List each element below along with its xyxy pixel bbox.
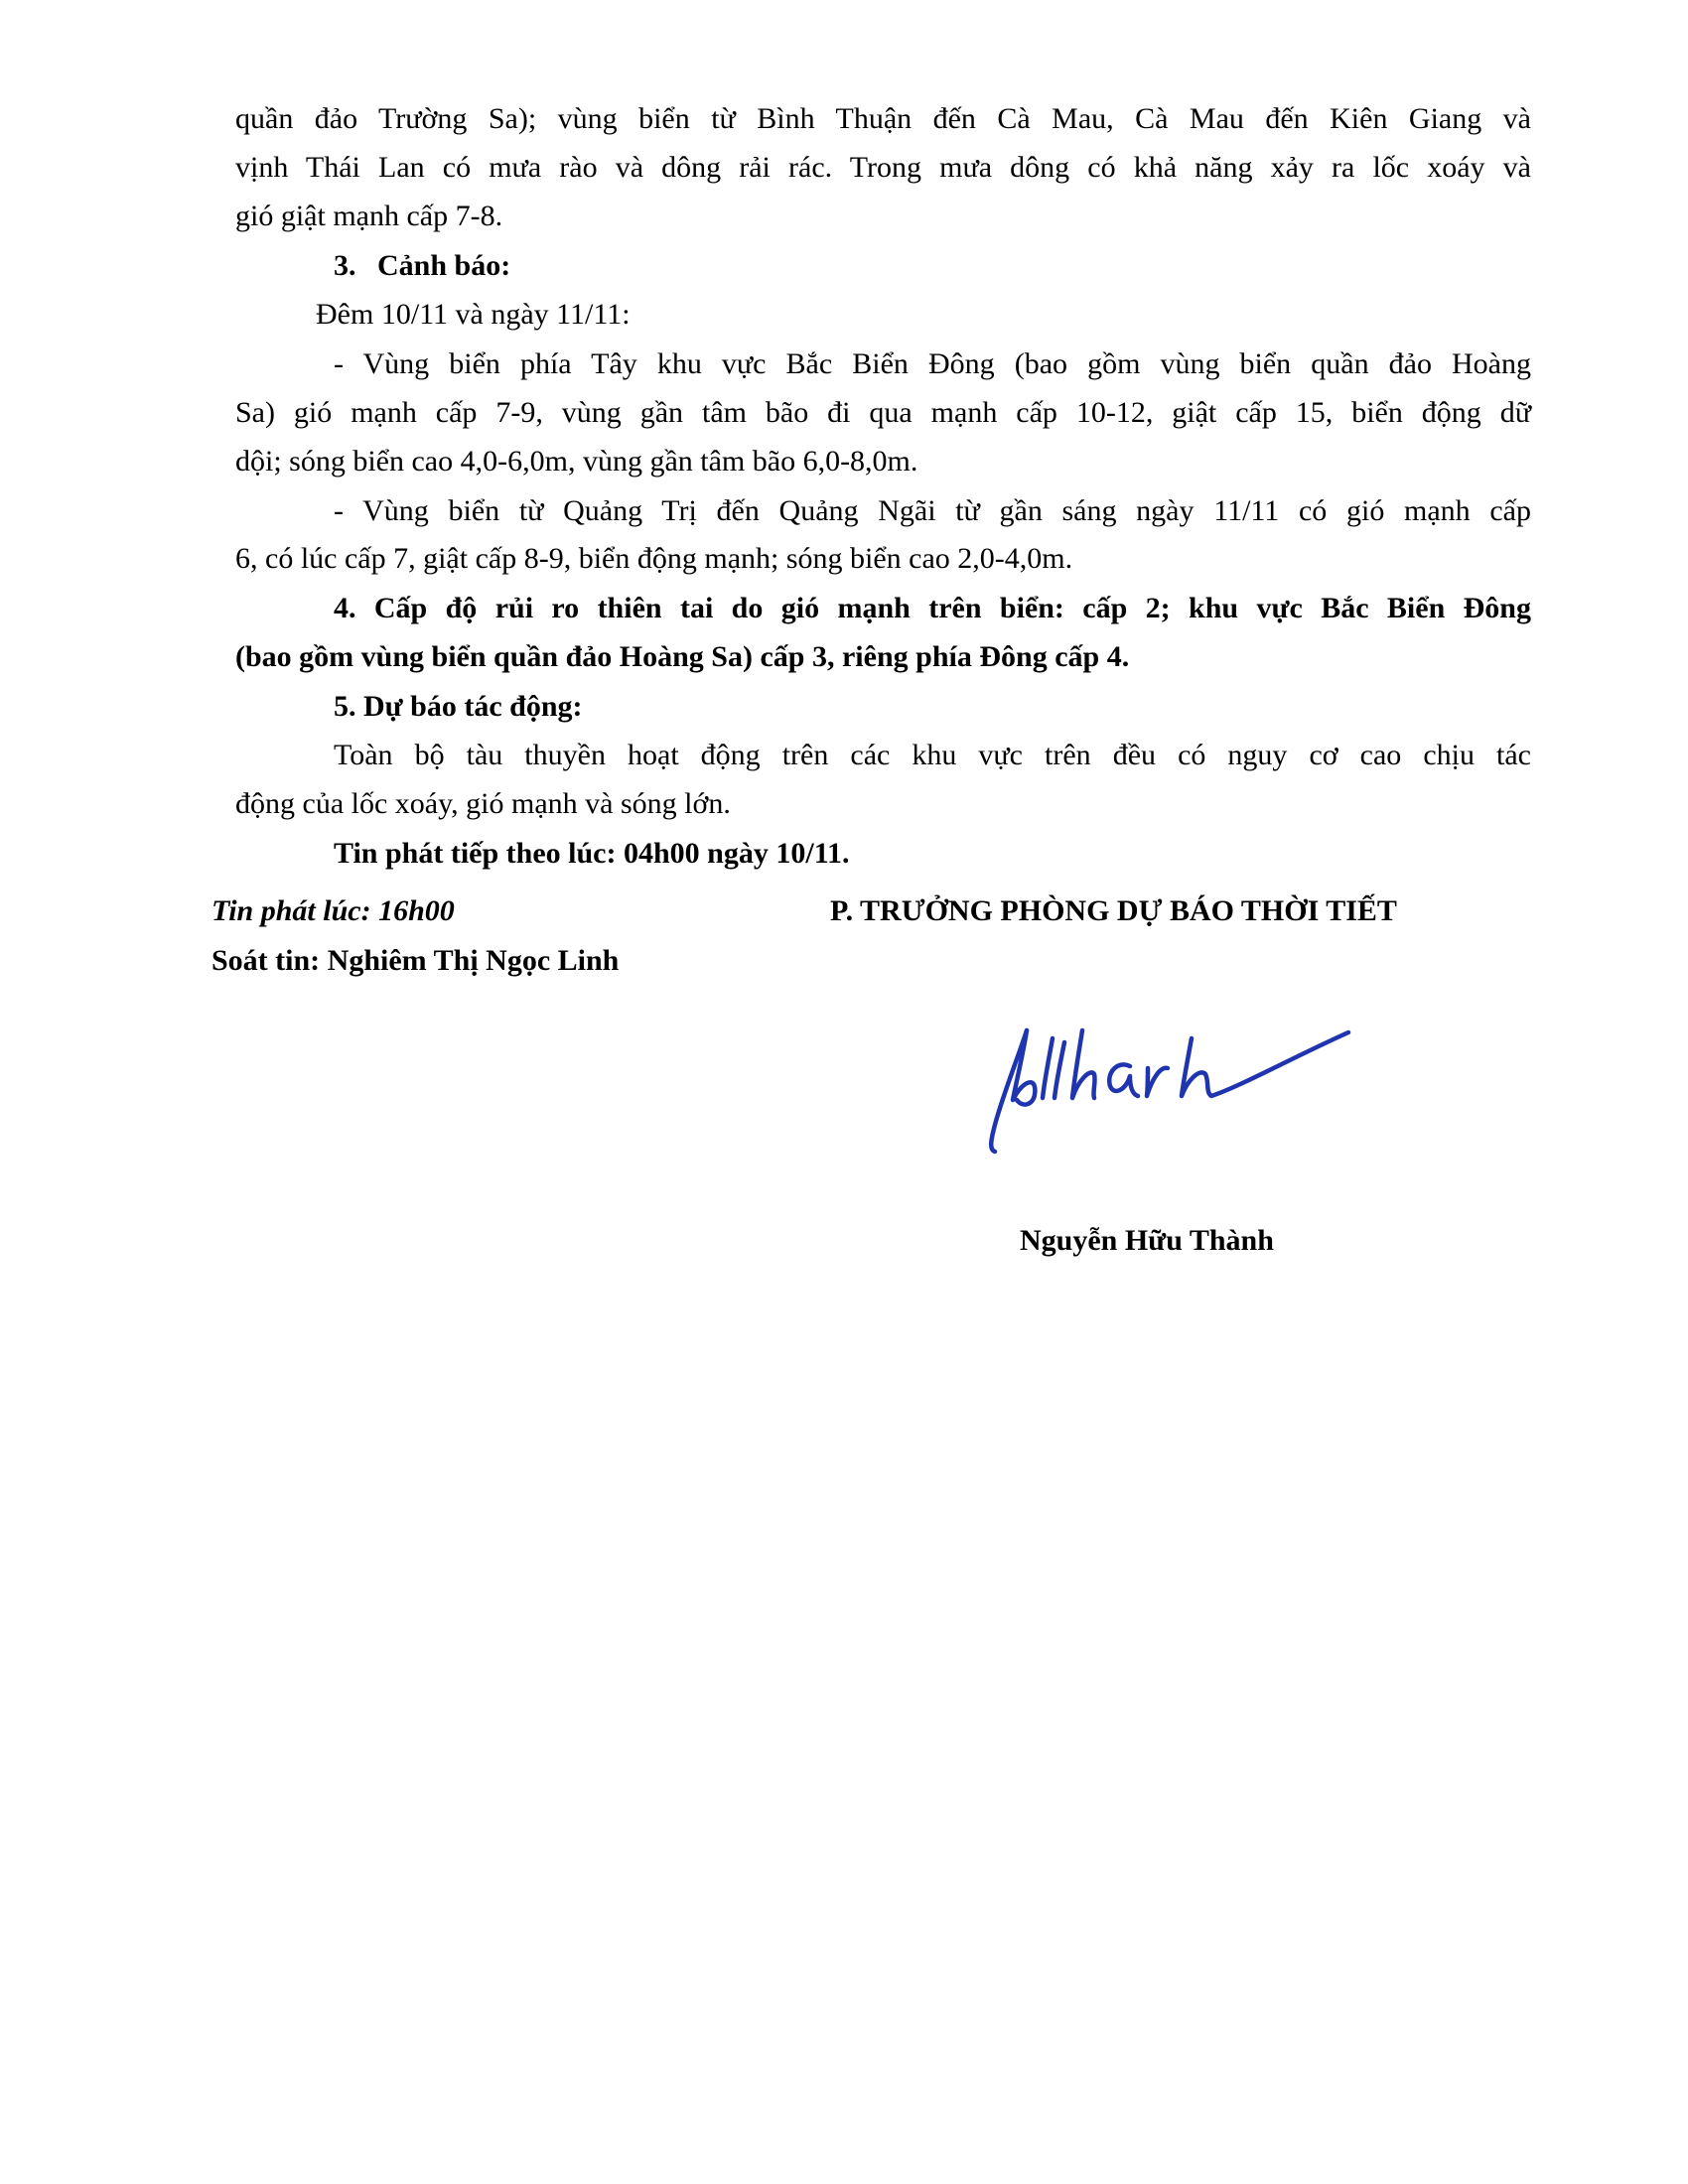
warning-bullet-line: - Vùng biển phía Tây khu vực Bắc Biển Đô… xyxy=(334,346,1531,382)
section-5-heading: 5. Dự báo tác động: xyxy=(334,689,583,725)
document-page: quần đảo Trường Sa); vùng biển từ Bình T… xyxy=(0,0,1688,2184)
paragraph-line: quần đảo Trường Sa); vùng biển từ Bình T… xyxy=(235,101,1531,137)
reviewed-by: Soát tin: Nghiêm Thị Ngọc Linh xyxy=(211,943,619,979)
impact-line: động của lốc xoáy, gió mạnh và sóng lớn. xyxy=(235,786,731,822)
paragraph-line: gió giật mạnh cấp 7-8. xyxy=(235,199,502,234)
risk-level-line: (bao gồm vùng biển quần đảo Hoàng Sa) cấ… xyxy=(235,639,1129,675)
signer-title: P. TRƯỞNG PHÒNG DỰ BÁO THỜI TIẾT xyxy=(830,893,1397,929)
warning-bullet-line: - Vùng biển từ Quảng Trị đến Quảng Ngãi … xyxy=(334,493,1531,529)
section-3-title: Cảnh báo: xyxy=(377,249,510,282)
signer-name: Nguyễn Hữu Thành xyxy=(1020,1223,1274,1259)
warning-bullet-line: dội; sóng biển cao 4,0-6,0m, vùng gần tâ… xyxy=(235,444,917,479)
signature-icon xyxy=(983,1001,1355,1160)
impact-line: Toàn bộ tàu thuyền hoạt động trên các kh… xyxy=(334,738,1531,773)
paragraph-line: vịnh Thái Lan có mưa rào và dông rải rác… xyxy=(235,150,1531,186)
next-bulletin: Tin phát tiếp theo lúc: 04h00 ngày 10/11… xyxy=(334,836,850,872)
issued-at: Tin phát lúc: 16h00 xyxy=(211,893,455,929)
risk-level-line: 4. Cấp độ rủi ro thiên tai do gió mạnh t… xyxy=(334,591,1531,626)
section-3-number: 3. xyxy=(334,248,377,284)
section-3-heading: 3.Cảnh báo: xyxy=(334,248,510,284)
warning-bullet-line: 6, có lúc cấp 7, giật cấp 8-9, biển động… xyxy=(235,541,1072,577)
warning-period: Đêm 10/11 và ngày 11/11: xyxy=(316,297,631,333)
warning-bullet-line: Sa) gió mạnh cấp 7-9, vùng gần tâm bão đ… xyxy=(235,395,1531,431)
